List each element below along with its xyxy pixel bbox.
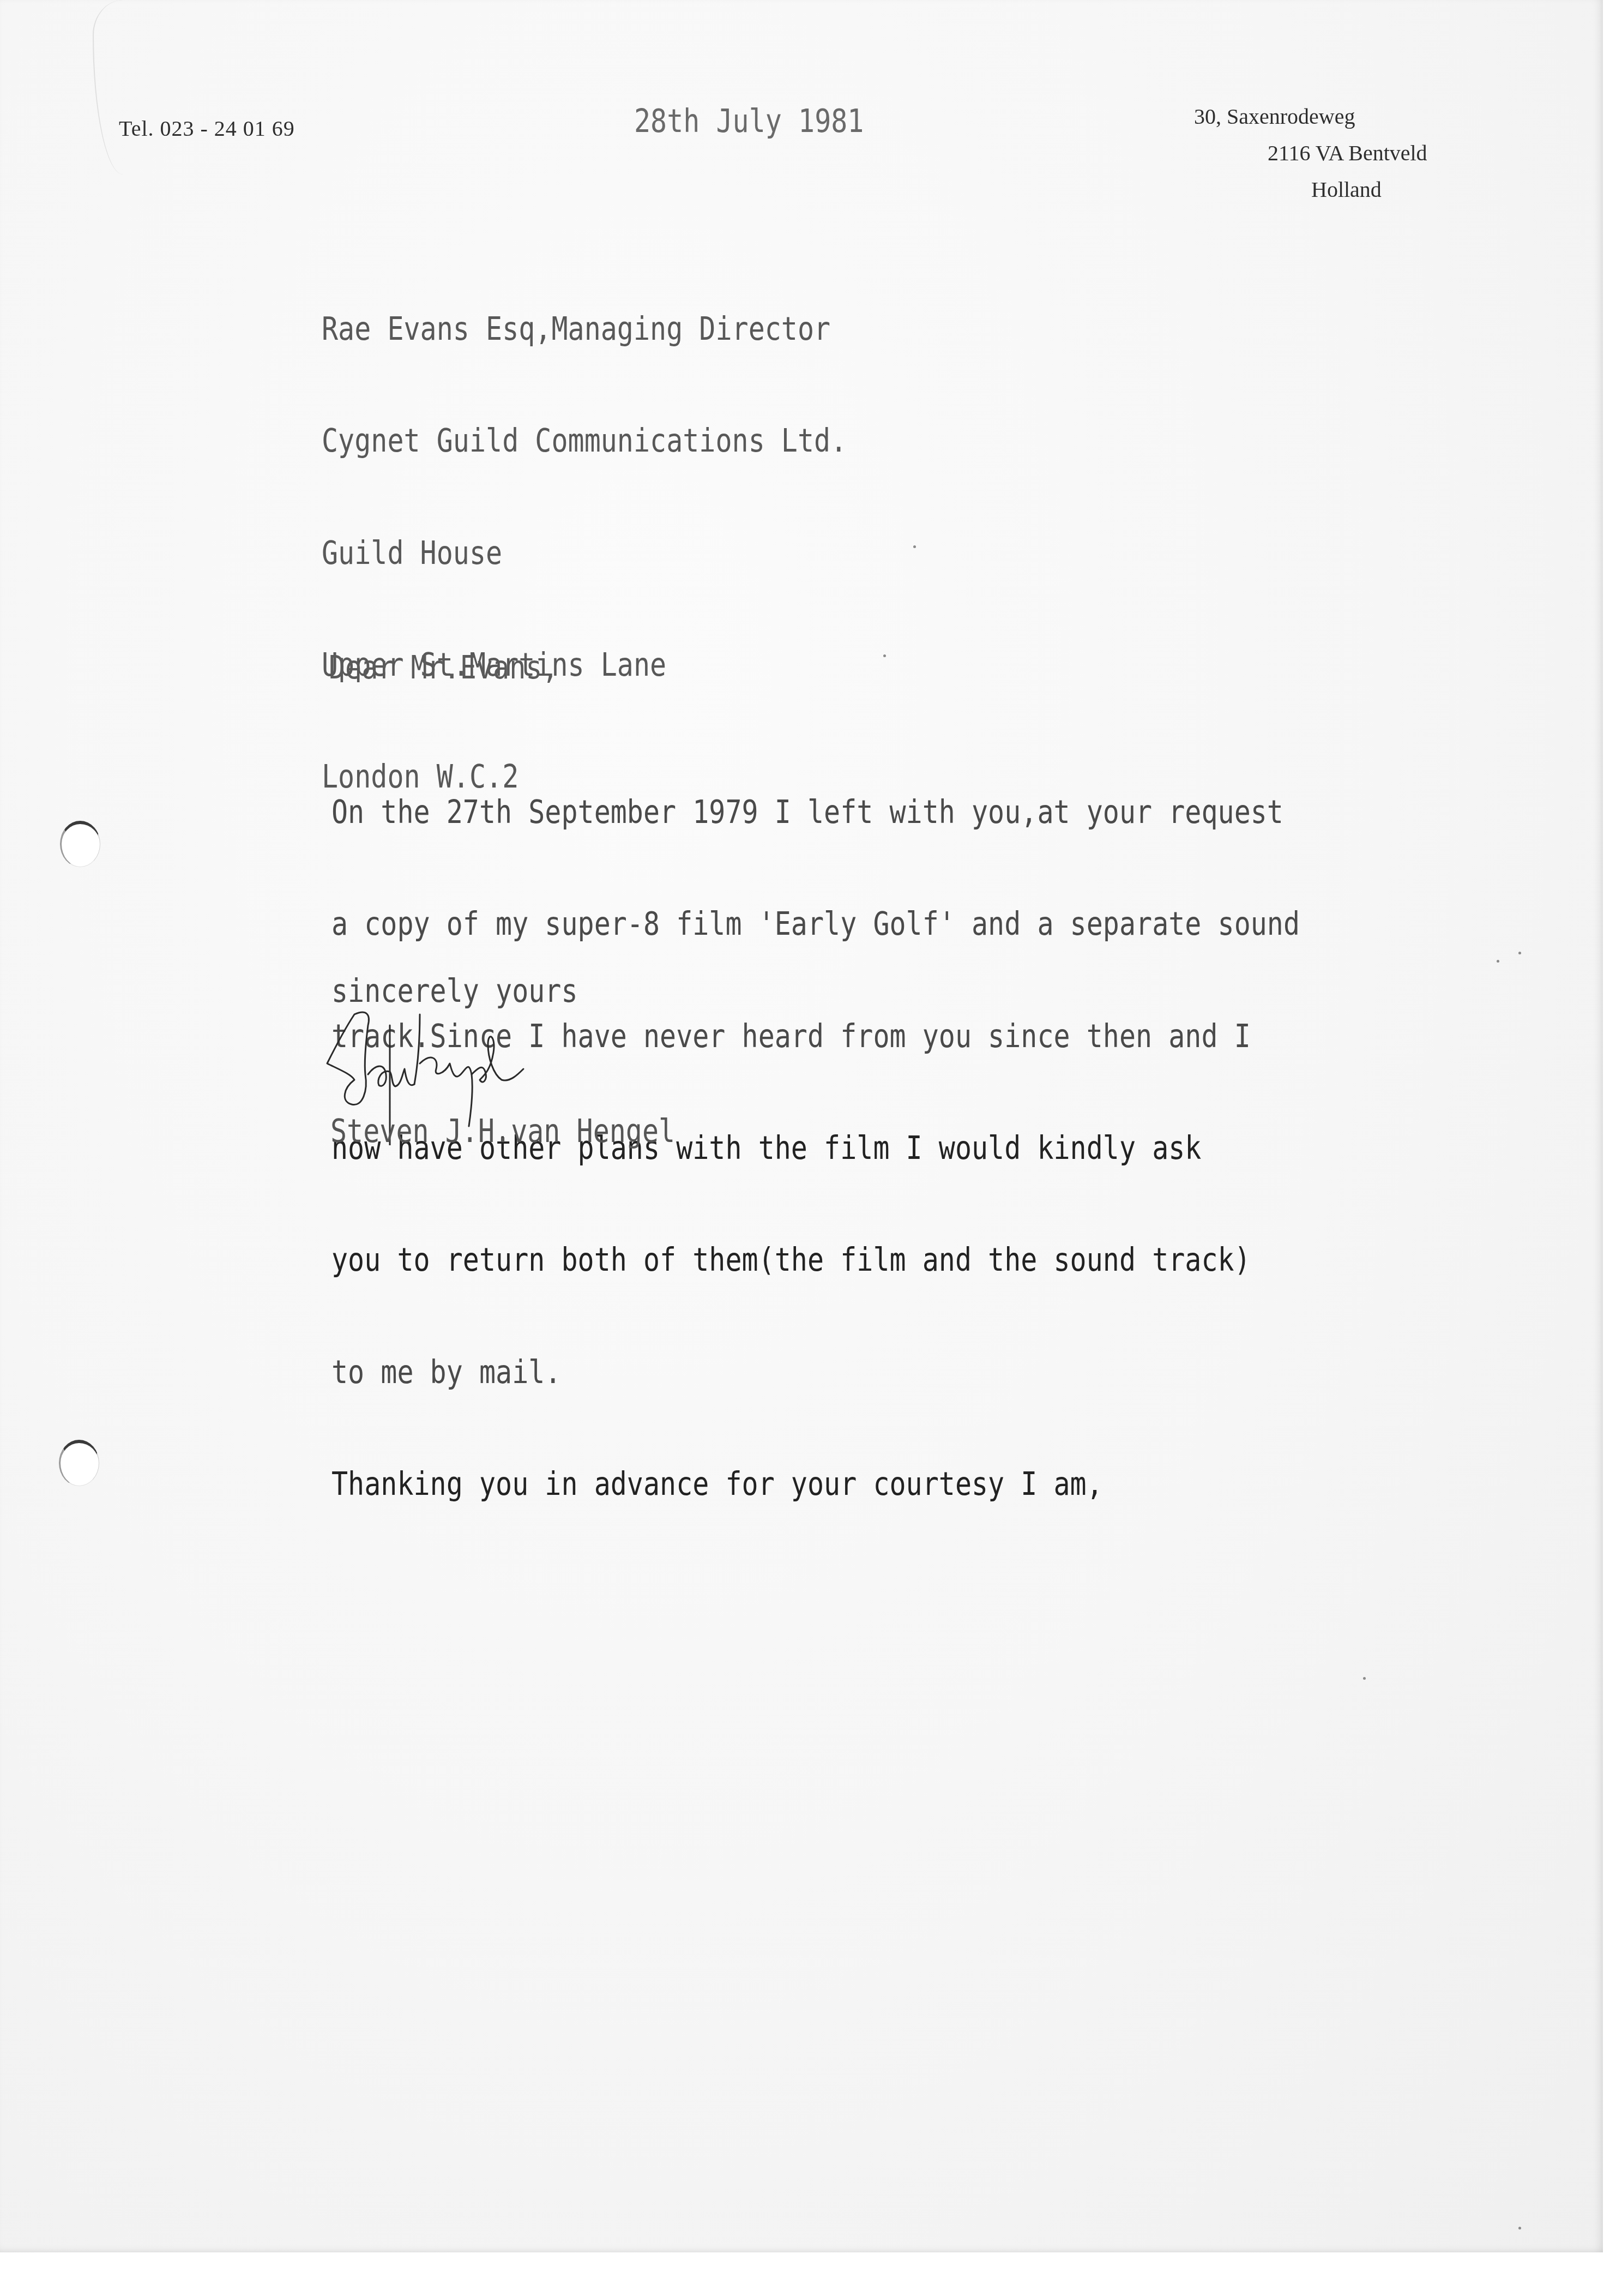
letter-page: Tel. 023 - 24 01 69 28th July 1981 30, S… (0, 0, 1603, 2252)
paper-speck (1497, 960, 1499, 963)
recipient-company: Cygnet Guild Communications Ltd. (322, 422, 847, 459)
recipient-name: Rae Evans Esq,Managing Director (322, 310, 847, 347)
sender-country: Holland (1311, 171, 1427, 208)
paper-speck (883, 654, 886, 657)
telephone-number: Tel. 023 - 24 01 69 (119, 116, 295, 141)
letter-date: 28th July 1981 (634, 103, 864, 140)
body-line: On the 27th September 1979 I left with y… (331, 794, 1300, 831)
punch-hole-icon (60, 821, 100, 867)
paper-speck (1518, 2227, 1521, 2229)
sender-address: 30, Saxenrodeweg 2116 VA Bentveld Hollan… (1194, 98, 1427, 208)
body-line: a copy of my super-8 film 'Early Golf' a… (331, 905, 1300, 942)
punch-hole-icon (59, 1440, 99, 1486)
paper-speck (1518, 952, 1521, 954)
recipient-building: Guild House (322, 534, 847, 572)
paper-speck (913, 545, 916, 548)
signatory-name: Steven J.H.van Hengel (330, 1113, 675, 1150)
body-line: Thanking you in advance for your courtes… (331, 1465, 1300, 1502)
sender-postcode-city: 2116 VA Bentveld (1268, 135, 1427, 171)
sender-street: 30, Saxenrodeweg (1194, 98, 1427, 135)
paper-speck (1363, 1677, 1366, 1680)
body-line: to me by mail. (331, 1353, 1300, 1390)
body-line: you to return both of them(the film and … (331, 1241, 1300, 1278)
paper-crease (93, 0, 154, 175)
salutation: Dear Mr.Evans, (329, 649, 558, 686)
